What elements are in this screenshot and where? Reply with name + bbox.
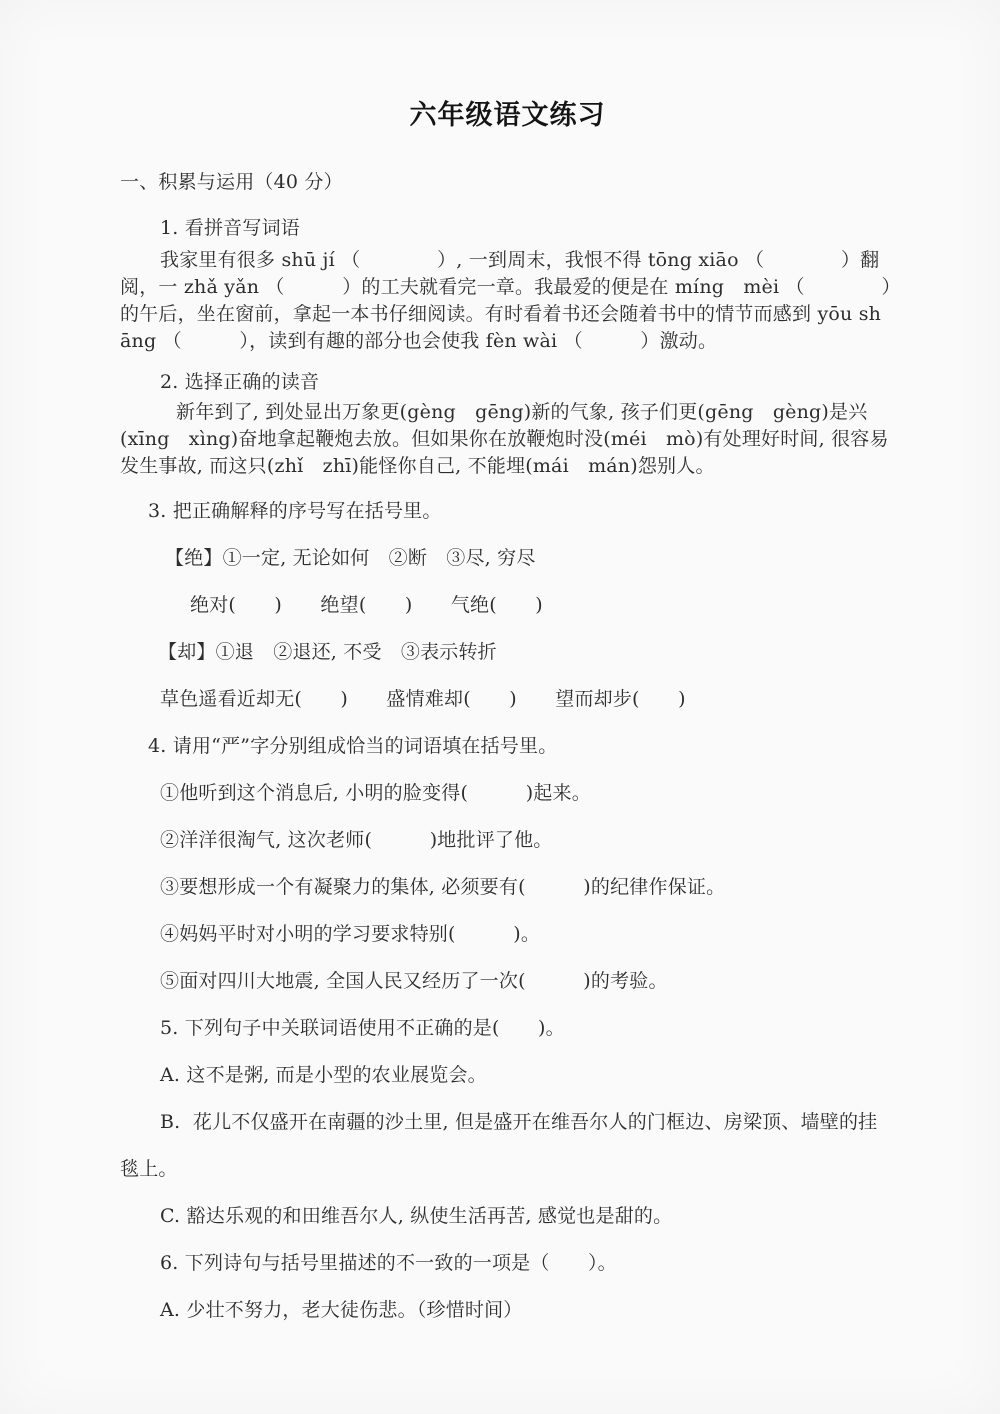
exam-title: 六年级语文练习 (105, 98, 910, 134)
q4-item-1: ①他听到这个消息后, 小明的脸变得( )起来。 (160, 779, 910, 807)
q3-que-definitions: 【却】①退 ②退还, 不受 ③表示转折 (158, 638, 910, 666)
q1-line-4: āng （ ），读到有趣的部分也会使我 fèn wài （ ）激动。 (120, 328, 910, 355)
q4-heading: 4. 请用“严”字分别组成恰当的词语填在括号里。 (148, 732, 910, 760)
q2-line-3: 发生事故, 而这只(zhǐ zhī)能怪你自己, 不能埋(mái mán)怨别人… (120, 453, 910, 480)
q4-item-4: ④妈妈平时对小明的学习要求特别( )。 (160, 920, 910, 948)
q5-option-b-line1: B. 花儿不仅盛开在南疆的沙土里, 但是盛开在维吾尔人的门框边、房梁顶、墙壁的挂 (160, 1108, 910, 1136)
q4-item-5: ⑤面对四川大地震, 全国人民又经历了一次( )的考验。 (160, 967, 910, 995)
q1-line-2: 阅，一 zhǎ yǎn （ ）的工夫就看完一章。我最爱的便是在 míng mèi… (120, 274, 910, 301)
q1-line-3: 的午后，坐在窗前，拿起一本书仔细阅读。有时看着书还会随着书中的情节而感到 yōu… (120, 301, 910, 328)
q2-heading: 2. 选择正确的读音 (160, 368, 910, 396)
q1-heading: 1. 看拼音写词语 (160, 214, 910, 242)
q5-option-c: C. 豁达乐观的和田维吾尔人, 纵使生活再苦, 感觉也是甜的。 (160, 1202, 910, 1230)
q3-que-words: 草色遥看近却无( ) 盛情难却( ) 望而却步( ) (160, 685, 910, 713)
q5-option-a: A. 这不是粥, 而是小型的农业展览会。 (160, 1061, 910, 1089)
q1-paragraph: 我家里有很多 shū jí （ ）, 一到周末，我恨不得 tōng xiāo （… (120, 247, 910, 355)
q3-jue-words: 绝对( ) 绝望( ) 气绝( ) (190, 591, 910, 619)
q1-line-1: 我家里有很多 shū jí （ ）, 一到周末，我恨不得 tōng xiāo （… (160, 247, 910, 274)
q2-line-2: (xīng xìng)奋地拿起鞭炮去放。但如果你在放鞭炮时没(méi mò)有处… (120, 426, 910, 453)
q5-option-b-line2: 毯上。 (120, 1155, 910, 1183)
q4-item-2: ②洋洋很淘气, 这次老师( )地批评了他。 (160, 826, 910, 854)
q6-option-a: A. 少壮不努力，老大徒伤悲。（珍惜时间） (160, 1296, 910, 1324)
q3-jue-definitions: 【绝】①一定, 无论如何 ②断 ③尽, 穷尽 (165, 544, 910, 572)
q2-line-1: 新年到了, 到处显出万象更(gèng gēng)新的气象, 孩子们更(gēng … (176, 399, 910, 426)
q4-item-3: ③要想形成一个有凝聚力的集体, 必须要有( )的纪律作保证。 (160, 873, 910, 901)
q6-heading: 6. 下列诗句与括号里描述的不一致的一项是（ ）。 (160, 1249, 910, 1277)
exam-page: 六年级语文练习 一、积累与运用（40 分） 1. 看拼音写词语 我家里有很多 s… (0, 0, 1000, 1414)
q3-heading: 3. 把正确解释的序号写在括号里。 (148, 497, 910, 525)
q2-paragraph: 新年到了, 到处显出万象更(gèng gēng)新的气象, 孩子们更(gēng … (120, 399, 910, 480)
q5-heading: 5. 下列句子中关联词语使用不正确的是( )。 (160, 1014, 910, 1042)
section1-heading: 一、积累与运用（40 分） (120, 168, 910, 196)
